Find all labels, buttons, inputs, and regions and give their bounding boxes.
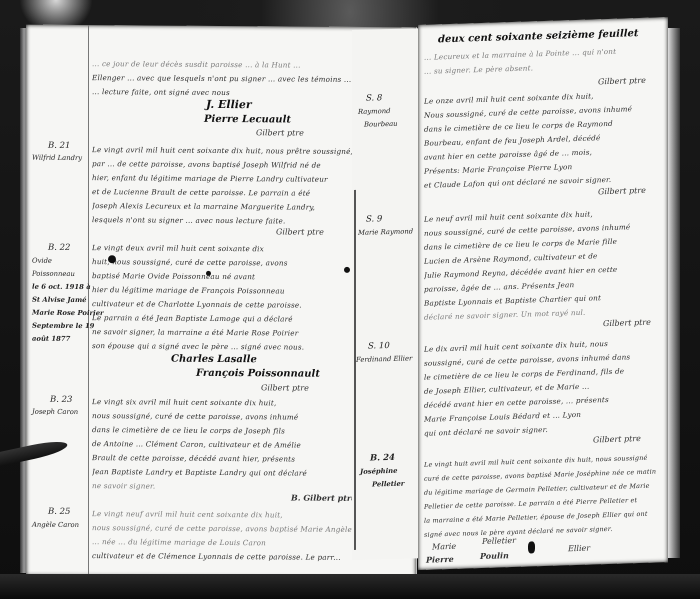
book-right-edge bbox=[668, 28, 680, 558]
entry-line: décédé avant hier en cette paroisse, ...… bbox=[424, 393, 662, 409]
entry-line: Le neuf avril mil huit cent soixante dix… bbox=[424, 207, 662, 223]
signature: Gilbert ptre bbox=[261, 383, 309, 392]
entry-line: signé avec nous le père ayant déclaré ne… bbox=[424, 523, 662, 539]
signature: Gilbert ptre bbox=[593, 434, 641, 445]
signature: François Poissonnault bbox=[196, 368, 320, 380]
ink-blot bbox=[344, 267, 350, 273]
signature: Gilbert ptre bbox=[256, 128, 304, 137]
signature: Pelletier bbox=[482, 536, 516, 546]
signature: Poulin bbox=[480, 550, 509, 561]
entry-margin-name: Pelletier bbox=[372, 478, 404, 492]
entry-margin-name: Poissonneau bbox=[32, 268, 75, 281]
ink-blot bbox=[528, 541, 535, 553]
entry-line: nous soussigné, curé de cette paroisse, … bbox=[424, 221, 662, 237]
entry-line: Le onze avril mil huit cent soixante dix… bbox=[424, 89, 662, 105]
folio-heading: deux cent soixante seizième feuillet bbox=[438, 28, 639, 45]
entry-margin-note: Septembre le 19 bbox=[32, 320, 94, 333]
entry-margin-note: St Alvise Jamé bbox=[32, 294, 86, 307]
entry-line: Présents: Marie Françoise Pierre Lyon bbox=[424, 159, 662, 175]
scan-bottom-shadow bbox=[0, 574, 700, 599]
entry-line: Julie Raymond Reyna, décédée avant hier … bbox=[424, 263, 662, 279]
entry-line: curé de cette paroisse, avons baptisé Ma… bbox=[424, 467, 662, 483]
left-margin-rule bbox=[88, 25, 89, 576]
entry-line: Pelletier de cette paroisse. Le parrain … bbox=[424, 495, 662, 511]
signature: Pierre bbox=[426, 554, 454, 565]
signature: Marie bbox=[432, 542, 456, 552]
entry-line: Le vingt huit avril mil huit cent soixan… bbox=[424, 453, 662, 469]
entry-margin-name: Raymond bbox=[358, 105, 390, 119]
entry-margin-name: Angèle Caron bbox=[32, 519, 79, 532]
entry-line: Marie Françoise Louis Bédard et ... Lyon bbox=[424, 407, 662, 423]
entry-line: dans le cimetière de ce lieu le corps de… bbox=[424, 117, 662, 133]
entry-margin-name: Ferdinand Ellier bbox=[356, 352, 412, 366]
entry-line: Bourbeau, enfant de feu Joseph Ardel, dé… bbox=[424, 131, 662, 147]
entry-margin-name: Ovide bbox=[32, 255, 52, 268]
entry-line: de Joseph Ellier, cultivateur, et de Mar… bbox=[424, 379, 662, 395]
right-margin-rule-left bbox=[354, 190, 356, 550]
ink-blot bbox=[108, 255, 116, 263]
entry-line: la marraine a été Marie Pelletier, épous… bbox=[424, 509, 662, 525]
entry-number: S. 8 bbox=[366, 93, 382, 103]
signature: Pierre Lecuault bbox=[204, 114, 291, 126]
entry-line: Nous soussigné, curé de cette paroisse, … bbox=[424, 103, 662, 119]
entry-line: avant hier en cette paroisse âgé de ... … bbox=[424, 145, 662, 161]
signature: Gilbert ptre bbox=[603, 318, 651, 329]
entry-line: Lucien de Arsène Raymond, cultivateur et… bbox=[424, 249, 662, 265]
signature: Gilbert ptre bbox=[598, 76, 646, 87]
entry-number: B. 22 bbox=[48, 243, 70, 253]
entry-number: B. 25 bbox=[48, 507, 70, 517]
signature: Gilbert ptre bbox=[598, 186, 646, 197]
continuation-line: ... su signer. Le père absent. bbox=[424, 59, 659, 75]
entry-number: S. 9 bbox=[366, 214, 382, 224]
entry-line: soussigné, curé de cette paroisse, avons… bbox=[424, 351, 662, 367]
entry-number: B. 23 bbox=[50, 395, 72, 405]
signature: Gilbert ptre bbox=[276, 227, 324, 236]
signature: J. Ellier bbox=[206, 98, 252, 111]
entry-number: S. 10 bbox=[368, 341, 390, 352]
continuation-line: ... Lecureux et la marraine à la Pointe … bbox=[424, 45, 659, 61]
entry-margin-note: août 1877 bbox=[32, 333, 70, 346]
right-page-margin: S. 8 Raymond Bourbeau S. 9 Marie Raymond… bbox=[352, 28, 420, 560]
entry-line: paroisse, âgée de ... ans. Présents Jean bbox=[424, 277, 662, 293]
entry-margin-name: Wilfrid Landry bbox=[32, 152, 82, 165]
signature: Ellier bbox=[568, 544, 590, 554]
ink-blot bbox=[206, 271, 211, 276]
entry-line: Le dix avril mil huit cent soixante dix … bbox=[424, 337, 662, 353]
entry-margin-note: le 6 oct. 1918 à bbox=[32, 281, 91, 294]
entry-margin-name: Joséphine bbox=[360, 465, 397, 479]
entry-line: dans le cimetière de ce lieu le corps de… bbox=[424, 235, 662, 251]
entry-number: B. 21 bbox=[48, 141, 70, 151]
entry-margin-name: Marie Raymond bbox=[358, 225, 413, 239]
entry-line: le cimetière de ce lieu le corps de Ferd… bbox=[424, 365, 662, 381]
entry-number: B. 24 bbox=[370, 453, 395, 464]
entry-margin-name: Joseph Caron bbox=[32, 406, 78, 419]
signature: B. Gilbert ptre bbox=[291, 492, 356, 502]
continuation-line: ... lecture faite, ont signé avec nous bbox=[92, 87, 332, 98]
entry-margin-name: Bourbeau bbox=[364, 118, 398, 132]
entry-line: du légitime mariage de Germain Pelletier… bbox=[424, 481, 662, 497]
entry-line: Baptiste Lyonnais et Baptiste Chartier q… bbox=[424, 291, 662, 307]
right-page: deux cent soixante seizième feuillet ...… bbox=[418, 17, 668, 570]
signature: Charles Lasalle bbox=[171, 354, 257, 366]
